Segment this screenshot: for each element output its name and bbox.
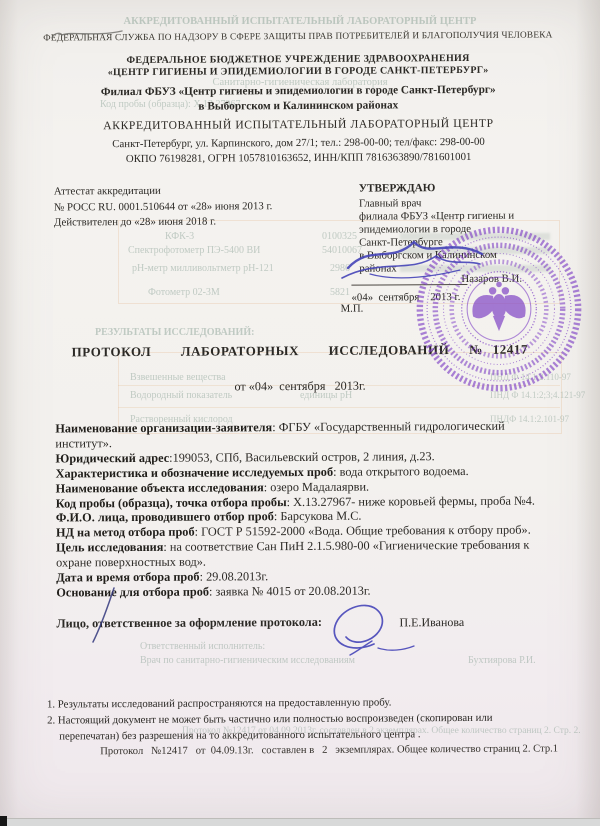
detail-label: Наименование организации-заявителя: [55, 420, 272, 435]
scanned-protocol-page: АККРЕДИТОВАННЫЙ ИСПЫТАТЕЛЬНЫЙ ЛАБОРАТОРН…: [0, 0, 600, 826]
scan-bottom-edge: [0, 818, 600, 826]
branch-name-line2: в Выборгском и Калининском районах: [0, 98, 598, 114]
detail-value: : Х.13.27967- ниже коровьей фермы, проба…: [287, 493, 535, 509]
accreditation-line2: № РОСС RU. 0001.510644 от «28» июня 2013…: [54, 199, 272, 216]
branch-name-line1: Филиал ФБУЗ «Центр гигиены и эпидемиолог…: [0, 83, 598, 99]
detail-value: :199053, СПб, Васильевский остров, 2 лин…: [169, 449, 435, 465]
margin-slash-mark: [88, 584, 120, 646]
address-line: Санкт-Петербург, ул. Карпинского, дом 27…: [0, 135, 599, 151]
accreditation-block: Аттестат аккредитации № РОСС RU. 0001.51…: [54, 183, 273, 231]
approver-position: Главный врач: [359, 197, 422, 210]
detail-label: НД на метод отбора проб: [56, 525, 195, 540]
page-footer-line: Протокол №12417 от 04.09.13г. составлен …: [100, 743, 558, 757]
document-content: ФЕДЕРАЛЬНАЯ СЛУЖБА ПО НАДЗОРУ В СФЕРЕ ЗА…: [0, 0, 600, 826]
scan-corner-artifact: [0, 816, 7, 826]
footnote-2: 2. Настоящий документ не может быть част…: [47, 711, 547, 745]
detail-label: Код пробы (образца), точка отбора пробы: [56, 495, 287, 510]
org-name-line2: «ЦЕНТР ГИГИЕНЫ И ЭПИДЕМИОЛОГИИ В ГОРОДЕ …: [0, 64, 598, 79]
signature-strokes: [312, 596, 432, 656]
pen-stroke: [88, 584, 120, 646]
pen-mark-top-left: [48, 26, 128, 46]
footnotes-block: 1. Результаты исследований распространяю…: [47, 694, 547, 745]
detail-label: Дата и время отбора проб: [56, 570, 199, 585]
accreditation-line3: Действителен до «28» июня 2018 г.: [54, 214, 272, 231]
responsible-ink-signature: [312, 596, 432, 656]
pen-stroke: [48, 26, 128, 46]
approver-ink-signature: [340, 228, 490, 298]
detail-value: : вода открытого водоема.: [333, 464, 469, 479]
approve-heading: УТВЕРЖДАЮ: [359, 182, 436, 195]
detail-row: Цель исследования: на соответствие Сан П…: [56, 538, 561, 571]
accreditation-line1: Аттестат аккредитации: [54, 183, 272, 200]
detail-label: Наименование объекта исследования: [56, 480, 264, 495]
detail-value: : ГОСТ Р 51592-2000 «Вода. Общие требова…: [195, 523, 531, 539]
detail-label: Ф.И.О. лица, проводившего отбор проб: [56, 510, 274, 525]
detail-label: Основание для отбора проб: [56, 585, 209, 600]
registration-codes-line: ОКПО 76198281, ОГРН 1057810163652, ИНН/К…: [0, 150, 599, 166]
signature-strokes: [340, 228, 490, 298]
seal-place-mark: М.П.: [341, 303, 364, 315]
detail-label: Юридический адрес: [55, 451, 169, 466]
detail-value: : Барсукова М.С.: [274, 509, 362, 524]
detail-value: : 29.08.2013г.: [200, 569, 269, 583]
detail-label: Цель исследования: [56, 540, 163, 555]
detail-label: Характеристика и обозначение исследуемых…: [56, 465, 334, 481]
detail-row: Основание для отбора проб: заявка № 4015…: [56, 582, 561, 600]
detail-row: Наименование организации-заявителя: ФГБУ…: [55, 418, 560, 451]
detail-value: : озеро Мадалаярви.: [264, 479, 369, 494]
protocol-details-block: Наименование организации-заявителя: ФГБУ…: [55, 418, 561, 600]
lab-center-name: АККРЕДИТОВАННЫЙ ИСПЫТАТЕЛЬНЫЙ ЛАБОРАТОРН…: [0, 116, 598, 133]
